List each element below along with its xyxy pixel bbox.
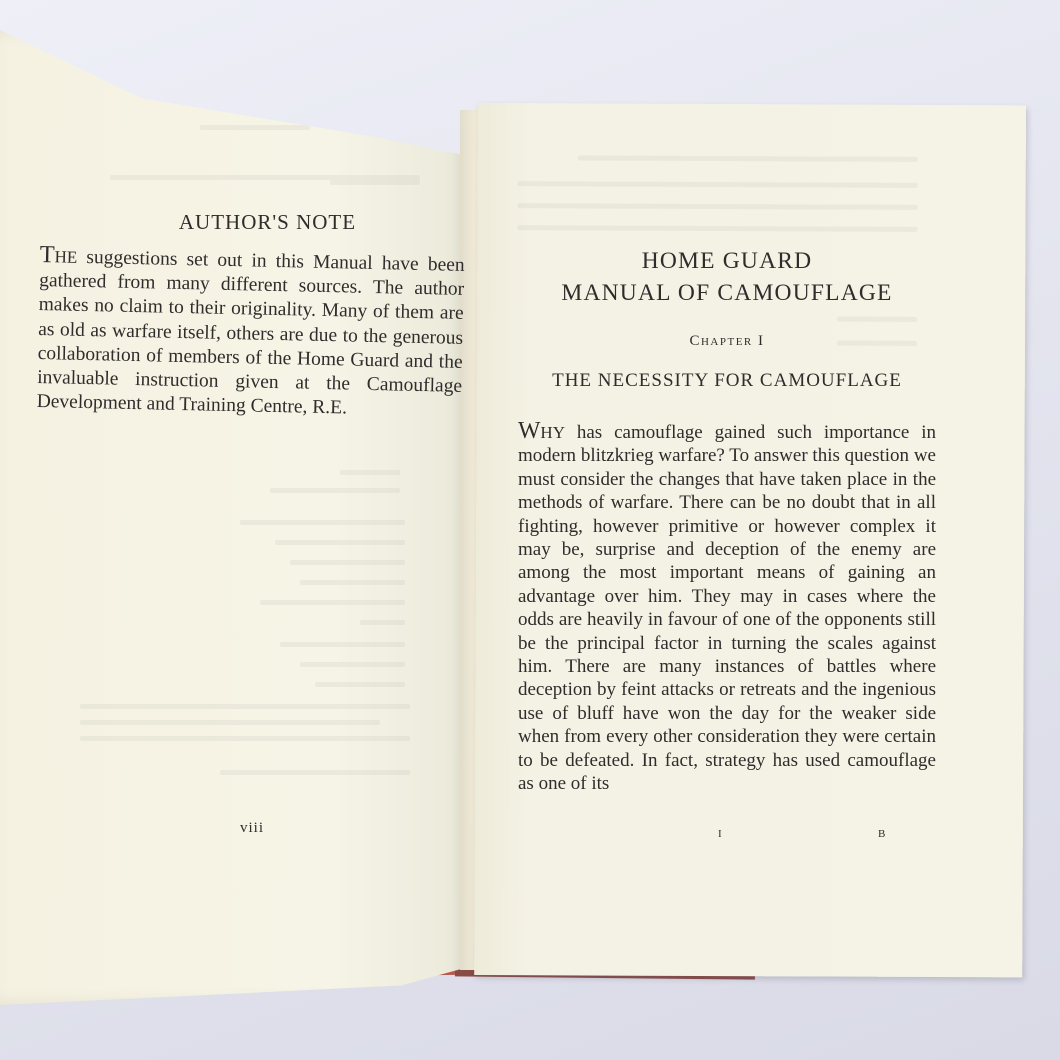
showthrough-line xyxy=(340,470,400,475)
authors-note-section: AUTHOR'S NOTE The suggestions set out in… xyxy=(40,210,465,414)
chapter-section: HOME GUARD MANUAL OF CAMOUFLAGE Chapter … xyxy=(518,245,936,796)
showthrough-line xyxy=(240,520,405,525)
drop-word: Why xyxy=(518,418,565,444)
showthrough-line xyxy=(315,682,405,687)
showthrough-line xyxy=(80,736,410,741)
drop-word: The xyxy=(39,241,77,269)
showthrough-line xyxy=(290,560,405,565)
authors-note-text: suggestions set out in this Manual have … xyxy=(36,247,464,419)
showthrough-line xyxy=(578,155,918,161)
page-number-left: viii xyxy=(240,820,264,837)
showthrough-line xyxy=(220,770,410,775)
showthrough-line xyxy=(270,488,400,493)
left-page xyxy=(0,30,472,1005)
page-number-right: I xyxy=(718,828,723,840)
showthrough-line xyxy=(200,125,310,130)
book-title: HOME GUARD MANUAL OF CAMOUFLAGE xyxy=(518,245,936,309)
chapter-body-text: has camouflage gained such importance in… xyxy=(518,422,936,794)
showthrough-line xyxy=(300,580,405,585)
showthrough-line xyxy=(280,642,405,647)
chapter-title: THE NECESSITY FOR CAMOUFLAGE xyxy=(518,370,936,392)
book-title-line-2: MANUAL OF CAMOUFLAGE xyxy=(561,280,892,306)
showthrough-line xyxy=(518,203,918,210)
showthrough-line xyxy=(300,662,405,667)
showthrough-line xyxy=(80,720,380,725)
showthrough-line xyxy=(260,600,405,605)
authors-note-heading: AUTHOR'S NOTE xyxy=(40,210,465,235)
showthrough-line xyxy=(518,181,918,188)
signature-mark: B xyxy=(878,828,885,840)
chapter-paragraph: Why has camouflage gained such importanc… xyxy=(518,420,936,796)
showthrough-line xyxy=(517,225,917,232)
chapter-label: Chapter I xyxy=(518,333,936,350)
showthrough-line xyxy=(80,704,410,709)
showthrough-line xyxy=(275,540,405,545)
showthrough-line xyxy=(330,180,420,185)
showthrough-line xyxy=(360,620,405,625)
authors-note-paragraph: The suggestions set out in this Manual h… xyxy=(36,243,464,423)
book-title-line-1: HOME GUARD xyxy=(642,248,813,274)
